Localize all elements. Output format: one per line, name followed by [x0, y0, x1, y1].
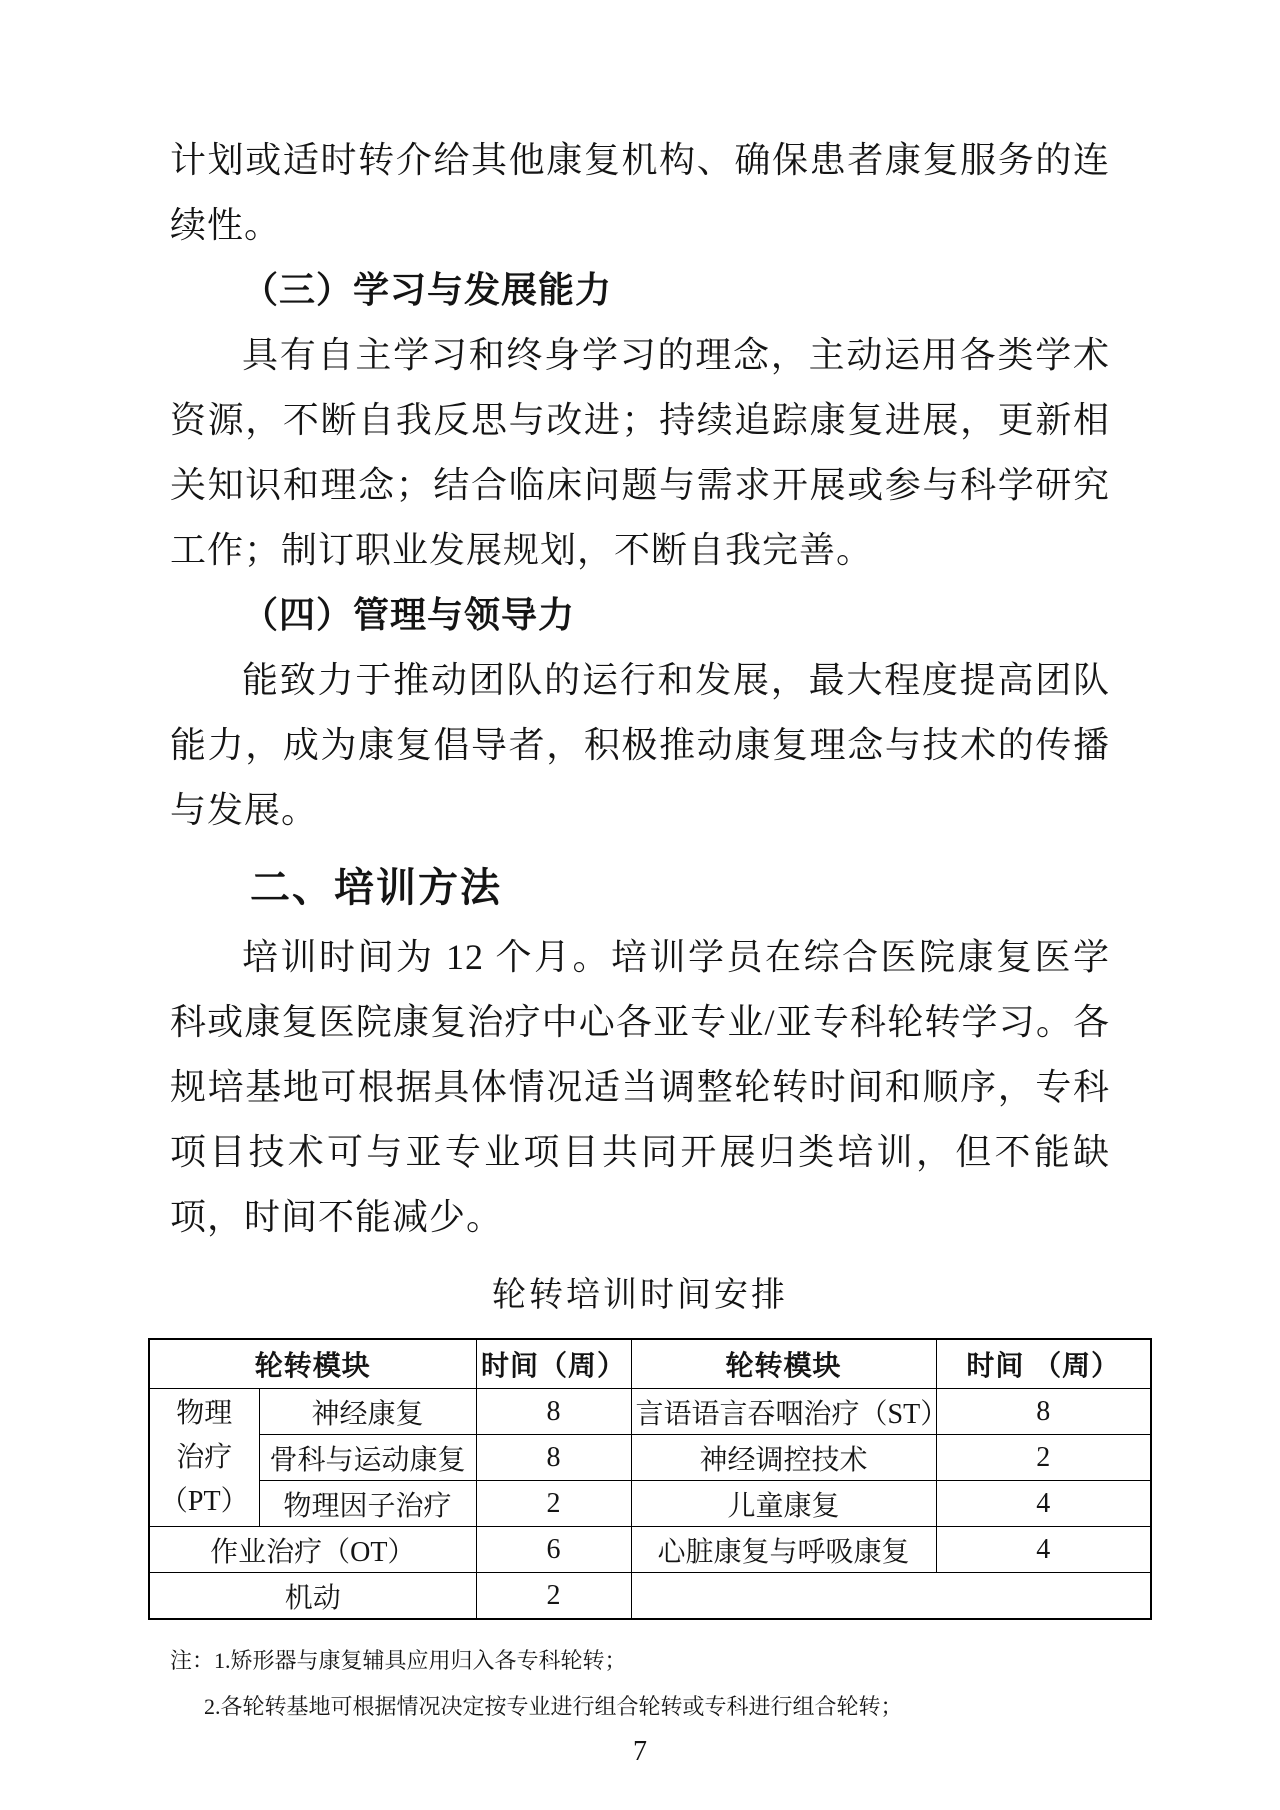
cell-module: 神经康复	[259, 1389, 476, 1435]
cell-pt-group: 物理 治疗 （PT）	[149, 1389, 259, 1527]
cell-time: 6	[476, 1527, 631, 1573]
table-header-row: 轮转模块 时间（周） 轮转模块 时间 （周）	[149, 1339, 1151, 1389]
heading-learning-ability: （三）学习与发展能力	[170, 258, 1110, 323]
paragraph-continuation: 计划或适时转介给其他康复机构、确保患者康复服务的连续性。	[170, 128, 1110, 258]
pt-group-line: 物理	[154, 1392, 255, 1436]
heading-training-method: 二、培训方法	[170, 857, 1110, 919]
cell-time: 8	[476, 1435, 631, 1481]
cell-module: 言语语言吞咽治疗（ST）	[631, 1389, 936, 1435]
rotation-table-title: 轮转培训时间安排	[170, 1266, 1110, 1326]
page-number: 7	[0, 1736, 1280, 1768]
cell-empty	[631, 1573, 1151, 1620]
table-row: 物理 治疗 （PT） 神经康复 8 言语语言吞咽治疗（ST） 8	[149, 1389, 1151, 1435]
note-item: 1.矫形器与康复辅具应用归入各专科轮转；	[214, 1648, 627, 1673]
cell-module: 作业治疗（OT）	[149, 1527, 476, 1573]
cell-time: 8	[476, 1389, 631, 1435]
paragraph-learning-ability: 具有自主学习和终身学习的理念，主动运用各类学术资源，不断自我反思与改进；持续追踪…	[170, 323, 1110, 583]
cell-module: 心脏康复与呼吸康复	[631, 1527, 936, 1573]
cell-module: 神经调控技术	[631, 1435, 936, 1481]
cell-module: 机动	[149, 1573, 476, 1620]
table-notes: 注：1.矫形器与康复辅具应用归入各专科轮转； 2.各轮转基地可根据情况决定按专业…	[170, 1638, 1110, 1730]
cell-module: 儿童康复	[631, 1481, 936, 1527]
paragraph-management-leadership: 能致力于推动团队的运行和发展，最大程度提高团队能力，成为康复倡导者，积极推动康复…	[170, 648, 1110, 843]
cell-time: 2	[476, 1573, 631, 1620]
cell-time: 2	[476, 1481, 631, 1527]
heading-management-leadership: （四）管理与领导力	[170, 583, 1110, 648]
table-row: 骨科与运动康复 8 神经调控技术 2	[149, 1435, 1151, 1481]
document-page: 计划或适时转介给其他康复机构、确保患者康复服务的连续性。 （三）学习与发展能力 …	[0, 0, 1280, 1810]
note-line: 注：1.矫形器与康复辅具应用归入各专科轮转；	[170, 1638, 1110, 1684]
header-module-right: 轮转模块	[631, 1339, 936, 1389]
header-time-left: 时间（周）	[476, 1339, 631, 1389]
note-label: 注：	[170, 1648, 214, 1673]
table-row: 机动 2	[149, 1573, 1151, 1620]
cell-time: 8	[936, 1389, 1151, 1435]
cell-time: 4	[936, 1481, 1151, 1527]
pt-group-line: 治疗	[154, 1436, 255, 1480]
table-row: 作业治疗（OT） 6 心脏康复与呼吸康复 4	[149, 1527, 1151, 1573]
page-content: 计划或适时转介给其他康复机构、确保患者康复服务的连续性。 （三）学习与发展能力 …	[170, 128, 1110, 1730]
rotation-schedule-table: 轮转模块 时间（周） 轮转模块 时间 （周） 物理 治疗 （PT） 神经康复 8…	[148, 1338, 1152, 1620]
cell-time: 2	[936, 1435, 1151, 1481]
header-module-left: 轮转模块	[149, 1339, 476, 1389]
paragraph-training-method: 培训时间为 12 个月。培训学员在综合医院康复医学科或康复医院康复治疗中心各亚专…	[170, 925, 1110, 1250]
cell-time: 4	[936, 1527, 1151, 1573]
note-line: 2.各轮转基地可根据情况决定按专业进行组合轮转或专科进行组合轮转；	[170, 1684, 1110, 1730]
cell-module: 骨科与运动康复	[259, 1435, 476, 1481]
table-row: 物理因子治疗 2 儿童康复 4	[149, 1481, 1151, 1527]
pt-group-line: （PT）	[154, 1480, 255, 1524]
cell-module: 物理因子治疗	[259, 1481, 476, 1527]
header-time-right: 时间 （周）	[936, 1339, 1151, 1389]
